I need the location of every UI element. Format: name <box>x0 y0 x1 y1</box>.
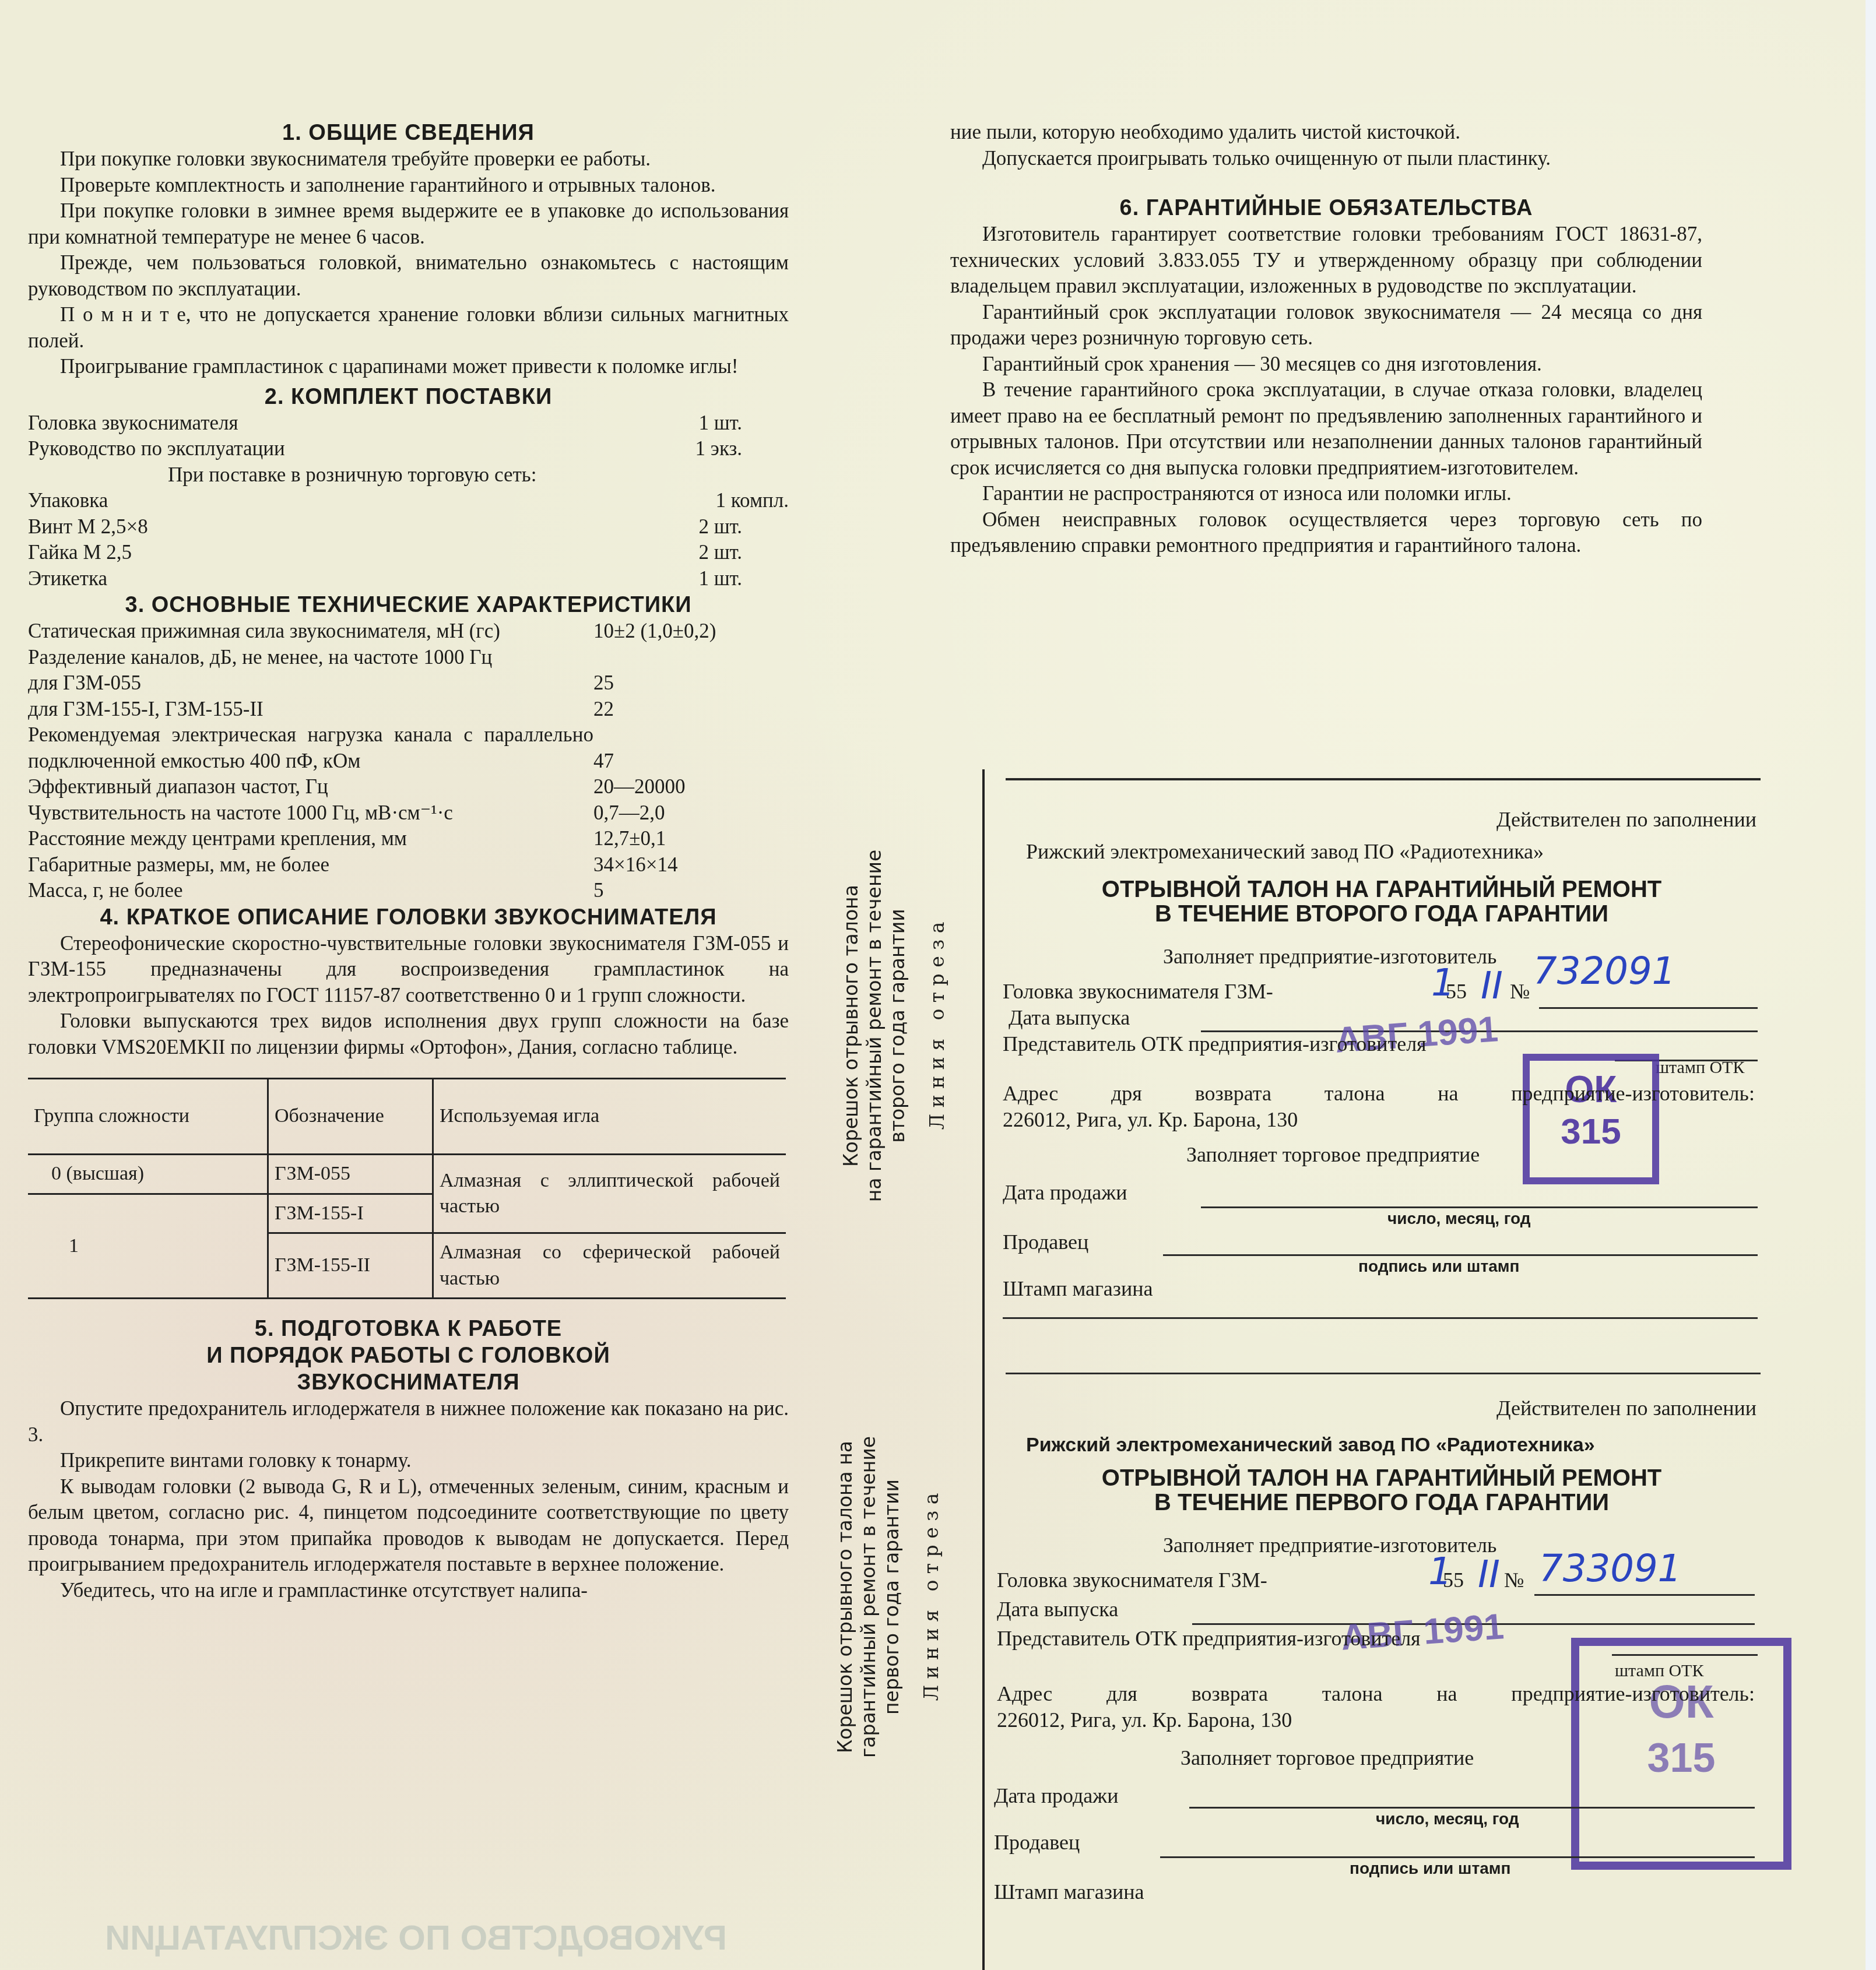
spec-name: Габаритные размеры, мм, не более <box>28 852 593 878</box>
model-label: Головка звукоснимателя ГЗМ- <box>997 1568 1267 1592</box>
coupon-separator <box>1006 1373 1761 1374</box>
paragraph: Прикрепите винтами головку к тонарму. <box>28 1448 789 1474</box>
kit-item-qty: 1 шт. <box>698 410 742 437</box>
paragraph: В течение гарантийного срока эксплуатаци… <box>950 377 1702 481</box>
section2-heading: 2. КОМПЛЕКТ ПОСТАВКИ <box>28 384 789 410</box>
coupon-stub-1: Корешок отрывного талона на гарантийный … <box>839 828 949 1224</box>
cut-line-divider <box>982 769 985 1970</box>
seller-hint: подпись или штамп <box>1350 1859 1510 1878</box>
kit-item-qty: 1 шт. <box>698 566 742 592</box>
spec-value: 12,7±0,1 <box>593 826 789 852</box>
model-label: Головка звукоснимателя ГЗМ- <box>1003 979 1273 1004</box>
table-cell: ГЗМ-055 <box>268 1155 433 1194</box>
table-cell: ГЗМ-155-II <box>268 1233 433 1299</box>
seller-field[interactable] <box>1163 1254 1758 1256</box>
stub-line: второго года гарантии <box>886 828 909 1224</box>
sale-date-hint: число, месяц, год <box>1376 1810 1519 1828</box>
paragraph: Проверьте комплектность и заполнение гар… <box>28 173 789 199</box>
address: 226012, Рига, ул. Кр. Барона, 130 <box>997 1708 1292 1732</box>
kit-item-qty: 2 шт. <box>698 540 742 566</box>
stub-line: на гарантийный ремонт в течение <box>863 828 886 1224</box>
section5-heading-line: 5. ПОДГОТОВКА К РАБОТЕ <box>28 1315 789 1342</box>
coupon-title-line: ОТРЫВНОЙ ТАЛОН НА ГАРАНТИЙНЫЙ РЕМОНТ <box>1032 1466 1731 1490</box>
serial-field[interactable] <box>1534 1594 1755 1596</box>
section1-heading: 1. ОБЩИЕ СВЕДЕНИЯ <box>28 119 789 146</box>
retail-note: При поставке в розничную торговую сеть: <box>28 462 789 488</box>
otk-label: Представитель ОТК предприятия-изготовите… <box>1003 1032 1427 1056</box>
shop-stamp-field[interactable] <box>1003 1317 1758 1319</box>
kit-item: Упаковка1 компл. <box>28 488 742 514</box>
sale-date-label: Дата продажи <box>1003 1180 1127 1205</box>
manufacturer: Рижский электромеханический завод ПО «Ра… <box>1026 839 1544 864</box>
paragraph: Обмен неисправных головок осуществляется… <box>950 507 1702 559</box>
paragraph: Убедитесь, что на игле и грампластинке о… <box>28 1578 789 1604</box>
otk-stamp: ОК 315 <box>1523 1054 1659 1184</box>
show-through-text: РУКОВОДСТВО ПО ЭКСПЛУАТАЦИИ <box>105 1918 727 1958</box>
stub-line: первого года гарантии <box>880 1387 904 1807</box>
kit-item: Головка звукоснимателя1 шт. <box>28 410 742 437</box>
spec-value: 25 <box>593 670 789 696</box>
spec-table: Статическая прижимная сила звукоснимател… <box>28 618 789 904</box>
paragraph: Допускается проигрывать только очищенную… <box>950 146 1702 172</box>
table-cell: 0 (высшая) <box>28 1155 268 1194</box>
seller-hint: подпись или штамп <box>1358 1257 1519 1276</box>
paragraph: При покупке головки в зимнее время выдер… <box>28 198 789 250</box>
kit-item-name: Винт М 2,5×8 <box>28 514 148 540</box>
manufacturer: Рижский электромеханический завод ПО «Ра… <box>1026 1434 1595 1457</box>
paragraph: Гарантийный срок хранения — 30 месяцев с… <box>950 351 1702 378</box>
kit-item-name: Гайка М 2,5 <box>28 540 132 566</box>
table-header: Используемая игла <box>433 1079 786 1155</box>
paragraph: Опустите предохранитель иглодержателя в … <box>28 1396 789 1448</box>
kit-item-qty: 2 шт. <box>698 514 742 540</box>
otk-stamp-caption: штамп ОТК <box>1656 1058 1744 1078</box>
stub-line: гарантийный ремонт в течение <box>857 1387 880 1807</box>
sale-date-field[interactable] <box>1189 1807 1755 1809</box>
paragraph: П о м н и т е, что не допускается хранен… <box>28 302 789 354</box>
kit-item-name: Руководство по эксплуатации <box>28 436 285 462</box>
coupon-top-line <box>1006 778 1761 780</box>
section4-heading: 4. КРАТКОЕ ОПИСАНИЕ ГОЛОВКИ ЗВУКОСНИМАТЕ… <box>28 904 789 931</box>
cut-line-label: Л и н и я о т р е з а <box>926 828 949 1224</box>
cut-line-label: Л и н и я о т р е з а <box>920 1387 943 1807</box>
paragraph: Головки выпускаются трех видов исполнени… <box>28 1008 789 1060</box>
stamp-number: 315 <box>1530 1111 1652 1152</box>
otk-label: Представитель ОТК предприятия-изготовите… <box>997 1626 1421 1651</box>
paragraph: При покупке головки звукоснимателя требу… <box>28 146 789 173</box>
coupon-title-line: В ТЕЧЕНИЕ ВТОРОГО ГОДА ГАРАНТИИ <box>1032 902 1731 926</box>
coupon-title: ОТРЫВНОЙ ТАЛОН НА ГАРАНТИЙНЫЙ РЕМОНТ В Т… <box>1032 1466 1731 1515</box>
stamp-number: 315 <box>1579 1735 1783 1781</box>
sale-date-field[interactable] <box>1201 1206 1758 1208</box>
coupon-title-line: В ТЕЧЕНИЕ ПЕРВОГО ГОДА ГАРАНТИИ <box>1032 1490 1731 1515</box>
kit-item-name: Головка звукоснимателя <box>28 410 238 437</box>
address: 226012, Рига, ул. Кр. Барона, 130 <box>1003 1107 1298 1132</box>
spec-name: Разделение каналов, дБ, не менее, на час… <box>28 645 593 671</box>
kit-item-qty: 1 компл. <box>716 488 789 514</box>
section5-heading-line: И ПОРЯДОК РАБОТЫ С ГОЛОВКОЙ <box>28 1342 789 1369</box>
coupon-title: ОТРЫВНОЙ ТАЛОН НА ГАРАНТИЙНЫЙ РЕМОНТ В Т… <box>1032 877 1731 926</box>
kit-item-qty: 1 экз. <box>695 436 742 462</box>
spec-name: Эффективный диапазон частот, Гц <box>28 774 593 800</box>
spec-name: для ГЗМ-155-I, ГЗМ-155-II <box>28 696 593 723</box>
paragraph: К выводам головки (2 вывода G, R и L), о… <box>28 1474 789 1578</box>
left-column: 1. ОБЩИЕ СВЕДЕНИЯ При покупке головки зв… <box>28 119 789 1603</box>
section3-heading: 3. ОСНОВНЫЕ ТЕХНИЧЕСКИЕ ХАРАКТЕРИСТИКИ <box>28 592 789 618</box>
kit-item-name: Этикетка <box>28 566 107 592</box>
spec-value: 22 <box>593 696 789 723</box>
number-label: № <box>1504 1568 1524 1592</box>
paragraph: Гарантии не распространяются от износа и… <box>950 481 1702 507</box>
kit-item: Винт М 2,5×82 шт. <box>28 514 742 540</box>
paragraph: Проигрывание грампластинок с царапинами … <box>28 354 789 380</box>
handwritten-model-prefix: 1 <box>1431 962 1455 1005</box>
spec-value: 47 <box>593 748 789 775</box>
spec-name: Рекомендуемая электрическая нагрузка кан… <box>28 722 593 774</box>
spec-value: 10±2 (1,0±0,2) <box>593 618 789 645</box>
number-label: № <box>1510 979 1530 1004</box>
spec-value: 5 <box>593 878 789 904</box>
continuation-text: ние пыли, которую необходимо удалить чис… <box>950 119 1702 146</box>
section6-heading: 6. ГАРАНТИЙНЫЕ ОБЯЗАТЕЛЬСТВА <box>950 195 1702 221</box>
paragraph: Прежде, чем пользоваться головкой, внима… <box>28 250 789 302</box>
table-header: Группа сложности <box>28 1079 268 1155</box>
valid-note: Действителен по заполнении <box>1496 807 1756 832</box>
spec-name: Расстояние между центрами крепления, мм <box>28 826 593 852</box>
spec-value: 34×16×14 <box>593 852 789 878</box>
handwritten-serial: 732091 <box>1533 950 1675 993</box>
valid-note: Действителен по заполнении <box>1496 1396 1756 1420</box>
handwritten-model-prefix: 1 <box>1428 1550 1452 1593</box>
seller-label: Продавец <box>1003 1230 1088 1254</box>
seller-field[interactable] <box>1160 1856 1755 1858</box>
spec-name: Масса, г, не более <box>28 878 593 904</box>
address-label: Адрес дря возврата талона на предприятие… <box>1003 1081 1755 1106</box>
filled-by-retailer: Заполняет торговое предприятие <box>1181 1746 1474 1770</box>
handwritten-model-variant: II <box>1478 1553 1500 1596</box>
seller-label: Продавец <box>994 1830 1080 1855</box>
kit-item-name: Упаковка <box>28 488 108 514</box>
spec-name: Чувствительность на частоте 1000 Гц, мВ·… <box>28 800 593 826</box>
shop-stamp-label: Штамп магазина <box>1003 1276 1153 1301</box>
table-cell: Алмазная с эллиптической рабочей частью <box>433 1155 786 1233</box>
paragraph: Стереофонические скоростно-чувствительны… <box>28 931 789 1009</box>
scan-edge <box>1866 0 1876 1970</box>
address-label: Адрес для возврата талона на предприятие… <box>997 1681 1755 1706</box>
kit-item: Гайка М 2,52 шт. <box>28 540 742 566</box>
spec-value: 20—20000 <box>593 774 789 800</box>
right-column: ние пыли, которую необходимо удалить чис… <box>950 119 1702 559</box>
filled-by-retailer: Заполняет торговое предприятие <box>1186 1142 1480 1167</box>
kit-item: Руководство по эксплуатации1 экз. <box>28 436 742 462</box>
stub-line: Корешок отрывного талона <box>839 828 863 1224</box>
section5-heading-line: ЗВУКОСНИМАТЕЛЯ <box>28 1369 789 1396</box>
needle-table: Группа сложности Обозначение Используема… <box>28 1078 786 1299</box>
spec-name: для ГЗМ-055 <box>28 670 593 696</box>
release-date-label: Дата выпуска <box>1009 1005 1130 1030</box>
table-cell: 1 <box>28 1194 268 1299</box>
sale-date-label: Дата продажи <box>994 1783 1118 1808</box>
shop-stamp-label: Штамп магазина <box>994 1880 1144 1904</box>
handwritten-serial: 733091 <box>1539 1547 1681 1591</box>
table-cell: Алмазная со сферической рабочей частью <box>433 1233 786 1299</box>
coupon-title-line: ОТРЫВНОЙ ТАЛОН НА ГАРАНТИЙНЫЙ РЕМОНТ <box>1032 877 1731 902</box>
sale-date-hint: число, месяц, год <box>1387 1209 1531 1228</box>
stub-line: Корешок отрывного талона на <box>834 1387 857 1807</box>
paragraph: Гарантийный срок эксплуатации головок зв… <box>950 300 1702 351</box>
paragraph: Изготовитель гарантирует соответствие го… <box>950 221 1702 300</box>
serial-field[interactable] <box>1539 1007 1758 1009</box>
table-cell: ГЗМ-155-I <box>268 1194 433 1233</box>
spec-value: 0,7—2,0 <box>593 800 789 826</box>
release-date-label: Дата выпуска <box>997 1597 1118 1621</box>
spec-name: Статическая прижимная сила звукоснимател… <box>28 618 593 645</box>
handwritten-model-variant: II <box>1481 965 1503 1008</box>
coupon-stub-2: Корешок отрывного талона на гарантийный … <box>834 1387 943 1807</box>
kit-item: Этикетка1 шт. <box>28 566 742 592</box>
table-row: 0 (высшая) ГЗМ-055 Алмазная с эллиптичес… <box>28 1155 786 1194</box>
table-header: Обозначение <box>268 1079 433 1155</box>
otk-stamp: ОК 315 <box>1571 1638 1791 1870</box>
